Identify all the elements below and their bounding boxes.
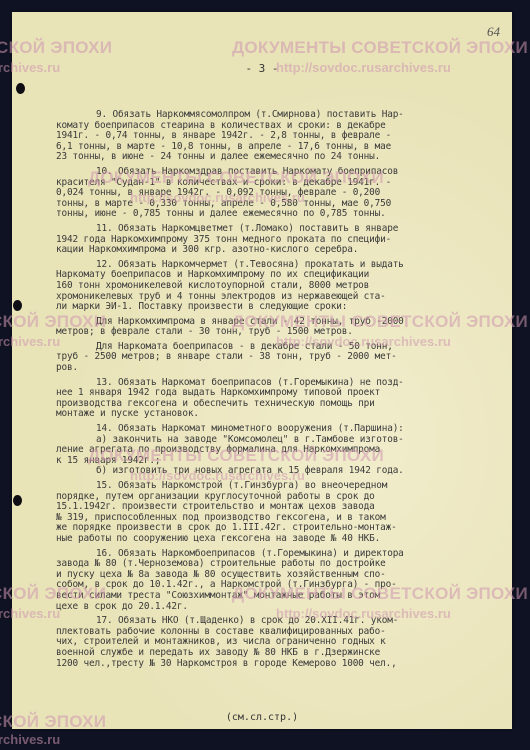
text-line: 10. Обязать Наркомздрав поставить Нарком…: [56, 167, 506, 178]
sheet-number: 64: [487, 24, 500, 40]
paragraph-11: 11. Обязать Наркомцветмет (т.Ломако) пос…: [56, 224, 506, 256]
text-line: тонны, июне - 0,785 тонны и далее ежемес…: [56, 209, 506, 220]
punch-hole: [16, 83, 25, 94]
paragraph-16: 16. Обязать Наркомбоеприпасов (т.Горемык…: [56, 549, 506, 613]
paragraph-12a: Для Наркомхимпрома в январе стали - 42 т…: [56, 317, 506, 338]
punch-hole: [13, 300, 22, 311]
text-line: кации Наркомхимпрома и 300 кгр. азотно-к…: [56, 245, 506, 256]
paragraph-17: 17. Обязать НКО (т.Щаденко) в срок до 20…: [56, 616, 506, 669]
text-line: ные работы по сооружению цеха гексогена …: [56, 534, 506, 545]
text-line: монтаже и пуске установок.: [56, 409, 506, 420]
text-line: 9. Обязать Наркоммясомолпром (т.Смирнова…: [56, 110, 506, 121]
watermark-url-fragment: rchives.ru: [0, 732, 60, 747]
text-line: 23 тонны, в июне - 24 тонны и далее ежем…: [56, 152, 506, 163]
text-line: 15. Обязать Наркомстрой (т.Гинзбурга) во…: [56, 481, 506, 492]
continued-note: (см.сл.стр.): [12, 712, 512, 723]
text-line: метров; в феврале стали - 30 тонн, труб …: [56, 327, 506, 338]
document-body: 9. Обязать Наркоммясомолпром (т.Смирнова…: [56, 110, 506, 673]
paragraph-10: 10. Обязать Наркомздрав поставить Нарком…: [56, 167, 506, 220]
paragraph-12: 12. Обязать Наркомчермет (т.Тевосяна) пр…: [56, 260, 506, 313]
text-line: цехе в срок до 20.1.42г.: [56, 602, 506, 613]
paragraph-13: 13. Обязать Наркомат боеприпасов (т.Горе…: [56, 378, 506, 420]
punch-hole: [13, 495, 22, 506]
text-line: вести силами треста "Союзхиммонтаж" монт…: [56, 591, 506, 602]
page-number-header: - 3 -: [12, 62, 512, 75]
text-line: ли марки ЭИ-1. Поставку произвести в сле…: [56, 302, 506, 313]
paragraph-14: 14. Обязать Наркомат минометного вооруже…: [56, 424, 506, 477]
paragraph-15: 15. Обязать Наркомстрой (т.Гинзбурга) во…: [56, 481, 506, 545]
text-line: труб - 2500 метров; в январе стали - 38 …: [56, 352, 506, 363]
text-line: 11. Обязать Наркомцветмет (т.Ломако) пос…: [56, 224, 506, 235]
text-line: военной службе и передать их заводу № 80…: [56, 648, 506, 659]
text-line: ров.: [56, 363, 506, 374]
text-line: 1200 чел.,тресту № 30 Наркомстроя в горо…: [56, 659, 506, 670]
paragraph-9: 9. Обязать Наркоммясомолпром (т.Смирнова…: [56, 110, 506, 163]
text-line: б) изготовить три новых агрегата к 15 фе…: [56, 466, 506, 477]
document-page: 64 - 3 - 9. Обязать Наркоммясомолпром (т…: [12, 12, 512, 729]
text-line: 160 тонн хромоникелевой кислотоупорной с…: [56, 281, 506, 292]
paragraph-12b: Для Наркомата боеприпасов - в декабре ст…: [56, 342, 506, 374]
